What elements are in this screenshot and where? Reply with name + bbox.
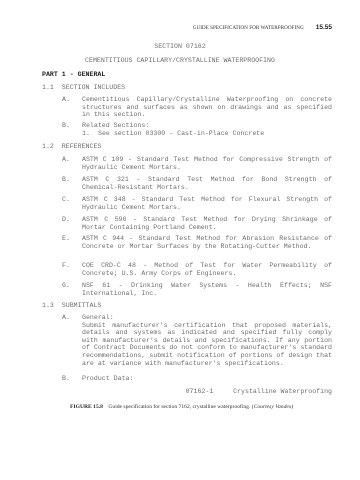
list-item: B. Related Sections: 1.See section 03300… bbox=[62, 122, 332, 137]
list-item: A. Cementitious Capillary/Crystalline Wa… bbox=[62, 96, 332, 119]
part-heading: PART 1 - GENERAL bbox=[42, 71, 105, 79]
section-1-3-heading: 1.3 SUBMITTALS bbox=[42, 302, 101, 310]
section-title: SUBMITTALS bbox=[62, 302, 102, 309]
caption-text: Guide specification for section 7162, cr… bbox=[108, 404, 250, 410]
list-item: B. ASTM C 321 - Standard Test Method for… bbox=[62, 176, 332, 191]
list-item: D. ASTM C 596 - Standard Test Method for… bbox=[62, 216, 332, 231]
item-label: A. bbox=[62, 314, 70, 322]
item-label: F. bbox=[62, 262, 70, 270]
item-text: COE CRD-C 48 - Method of Test for Water … bbox=[82, 262, 332, 277]
item-label: A. bbox=[62, 156, 70, 164]
item-text: Cementitious Capillary/Crystalline Water… bbox=[82, 96, 332, 119]
section-number: 1.3 bbox=[42, 302, 54, 309]
list-item: F. COE CRD-C 48 - Method of Test for Wat… bbox=[62, 262, 332, 277]
item-label: B. bbox=[62, 375, 70, 383]
item-text: Related Sections: bbox=[82, 122, 332, 130]
figure-caption: FIGURE 15.8 Guide specification for sect… bbox=[70, 404, 360, 410]
item-label: G. bbox=[62, 282, 70, 290]
section-1-1-heading: 1.1 SECTION INCLUDES bbox=[42, 84, 125, 92]
sub-item-text: See section 03300 - Cast-in-Place Concre… bbox=[98, 130, 264, 137]
document-title: CEMENTITIOUS CAPILLARY/CRYSTALLINE WATER… bbox=[0, 57, 360, 65]
list-item: B. Product Data: bbox=[62, 375, 332, 383]
item-body: Submit manufacturer's certification that… bbox=[82, 322, 332, 368]
section-number: 1.1 bbox=[42, 84, 54, 91]
item-text: ASTM C 109 - Standard Test Method for Co… bbox=[82, 156, 332, 171]
section-title: SECTION INCLUDES bbox=[62, 84, 125, 91]
section-title: REFERENCES bbox=[62, 143, 102, 150]
section-number: 1.2 bbox=[42, 143, 54, 150]
item-label: E. bbox=[62, 235, 70, 243]
item-text: General: bbox=[82, 314, 332, 322]
section-heading: SECTION 07162 bbox=[0, 43, 360, 51]
running-title: GUIDE SPECIFICATION FOR WATERPROOFING bbox=[193, 25, 304, 31]
item-text: NSF 61 - Drinking Water Systems - Health… bbox=[82, 282, 332, 297]
item-label: C. bbox=[62, 196, 70, 204]
list-item: A. ASTM C 109 - Standard Test Method for… bbox=[62, 156, 332, 171]
item-text: ASTM C 944 - Standard Test Method for Ab… bbox=[82, 235, 332, 250]
item-label: B. bbox=[62, 122, 70, 130]
running-header: GUIDE SPECIFICATION FOR WATERPROOFING15.… bbox=[193, 24, 332, 31]
item-text: ASTM C 348 - Standard Test Method for Fl… bbox=[82, 196, 332, 211]
list-item: A. General: Submit manufacturer's certif… bbox=[62, 314, 332, 367]
section-1-2-heading: 1.2 REFERENCES bbox=[42, 143, 101, 151]
item-label: D. bbox=[62, 216, 70, 224]
page-number: 15.55 bbox=[316, 24, 332, 31]
item-label: A. bbox=[62, 96, 70, 104]
caption-credit: (Courtesy Vandex) bbox=[252, 404, 293, 410]
list-item: G. NSF 61 - Drinking Water Systems - Hea… bbox=[62, 282, 332, 297]
item-label: B. bbox=[62, 176, 70, 184]
item-text: Product Data: bbox=[82, 375, 332, 383]
sub-item-number: 1. bbox=[82, 130, 98, 138]
sub-item: 1.See section 03300 - Cast-in-Place Conc… bbox=[82, 130, 332, 138]
item-text: ASTM C 321 - Standard Test Method for Bo… bbox=[82, 176, 332, 191]
page-footer: 07162-1 Crystalline Waterproofing bbox=[180, 388, 332, 396]
list-item: C. ASTM C 348 - Standard Test Method for… bbox=[62, 196, 332, 211]
figure-number: FIGURE 15.8 bbox=[70, 404, 103, 410]
item-text: ASTM C 596 - Standard Test Method for Dr… bbox=[82, 216, 332, 231]
list-item: E. ASTM C 944 - Standard Test Method for… bbox=[62, 235, 332, 250]
